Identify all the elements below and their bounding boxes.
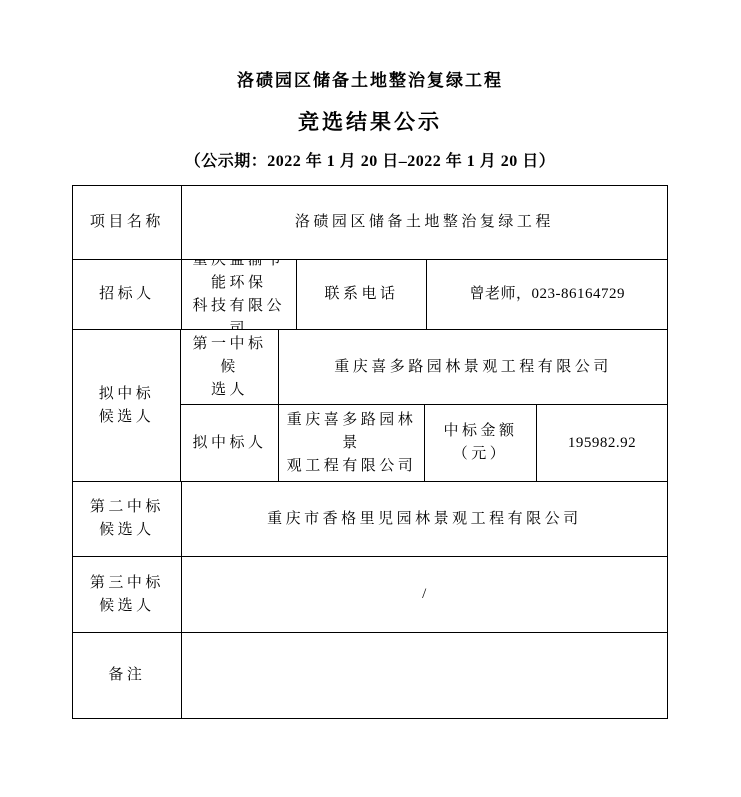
table-row-candidates: 拟中标 候选人 第一中标候 选人 重庆喜多路园林景观工程有限公司 拟中标人 重庆… [73,330,668,482]
table-row-tenderer: 招标人 重庆益渝节能环保 科技有限公司 联系电话 曾老师，023-8616472… [73,260,668,330]
table-row-proposed-winner: 拟中标人 重庆喜多路园林景 观工程有限公司 中标金额（元） 195982.92 [181,405,668,482]
bid-amount-value: 195982.92 [537,405,668,482]
table-row-first-candidate: 第一中标候 选人 重庆喜多路园林景观工程有限公司 [181,330,668,405]
table-row-second-candidate: 第二中标 候选人 重庆市香格里児园林景观工程有限公司 [73,482,668,557]
contact-phone-value: 曾老师，023-86164729 [427,260,668,330]
first-candidate-label: 第一中标候 选人 [181,330,279,405]
page-title: 竞选结果公示 [72,109,668,135]
second-candidate-name: 重庆市香格里児园林景观工程有限公司 [182,482,668,557]
remarks-value [182,633,668,719]
tenderer-name: 重庆益渝节能环保 科技有限公司 [182,260,297,330]
document-content: 洛碛园区储备土地整治复绿工程 竞选结果公示 （公示期：2022 年 1 月 20… [72,70,668,719]
table-row-third-candidate: 第三中标 候选人 / [73,557,668,633]
candidates-label: 拟中标 候选人 [73,330,181,482]
document-page: 洛碛园区储备土地整治复绿工程 竞选结果公示 （公示期：2022 年 1 月 20… [0,0,741,797]
third-candidate-value: / [182,557,668,633]
result-table: 项目名称 洛碛园区储备土地整治复绿工程 招标人 重庆益渝节能环保 科技有限公司 … [72,185,668,719]
table-row-project: 项目名称 洛碛园区储备土地整治复绿工程 [73,186,668,260]
proposed-winner-name: 重庆喜多路园林景 观工程有限公司 [279,405,425,482]
first-candidate-name: 重庆喜多路园林景观工程有限公司 [279,330,668,405]
remarks-label: 备注 [73,633,182,719]
proposed-winner-label: 拟中标人 [181,405,279,482]
third-candidate-label: 第三中标 候选人 [73,557,182,633]
project-name-label: 项目名称 [73,186,182,260]
candidates-subtable: 第一中标候 选人 重庆喜多路园林景观工程有限公司 拟中标人 重庆喜多路园林景 观… [181,330,668,482]
publicity-period: （公示期：2022 年 1 月 20 日–2022 年 1 月 20 日） [72,152,668,172]
second-candidate-label: 第二中标 候选人 [73,482,182,557]
contact-phone-label: 联系电话 [297,260,428,330]
project-title: 洛碛园区储备土地整治复绿工程 [72,70,668,92]
project-name-value: 洛碛园区储备土地整治复绿工程 [182,186,668,260]
bid-amount-label: 中标金额（元） [425,405,537,482]
tenderer-label: 招标人 [73,260,182,330]
table-row-remarks: 备注 [73,633,668,719]
